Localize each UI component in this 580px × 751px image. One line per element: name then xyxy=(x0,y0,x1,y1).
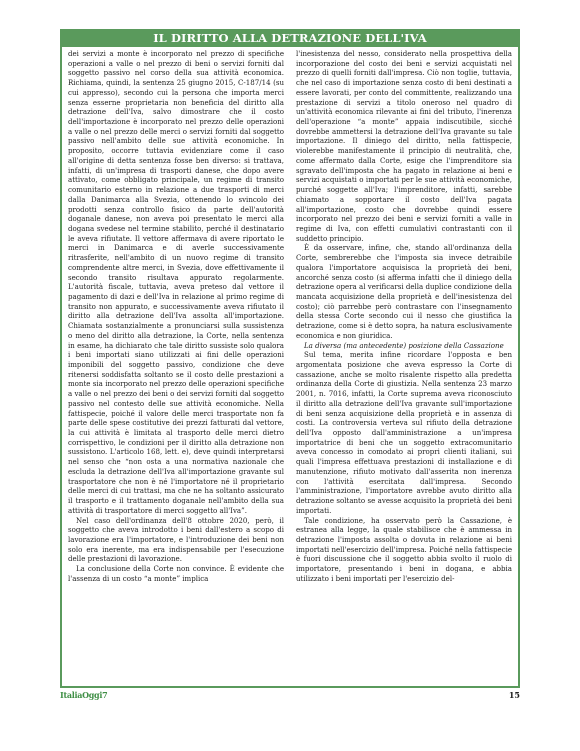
subheading: La diversa (ma antecedente) posizione de… xyxy=(296,341,512,351)
text-column-left: dei servizi a monte è incorporato nel pr… xyxy=(68,49,284,686)
paragraph: Nel caso dell'ordinanza dell'8 ottobre 2… xyxy=(68,516,284,565)
paragraph: Sul tema, merita infine ricordare l'oppo… xyxy=(296,350,512,515)
article-frame: dei servizi a monte è incorporato nel pr… xyxy=(60,47,520,688)
page-number: 15 xyxy=(509,690,520,700)
paragraph: l'inesistenza del nesso, considerato nel… xyxy=(296,49,512,243)
paragraph: La conclusione della Corte non convince.… xyxy=(68,564,284,583)
paragraph: dei servizi a monte è incorporato nel pr… xyxy=(68,49,284,516)
article-page: IL DIRITTO ALLA DETRAZIONE DELL'IVA dei … xyxy=(60,29,520,700)
section-title: IL DIRITTO ALLA DETRAZIONE DELL'IVA xyxy=(60,29,520,47)
text-column-right: l'inesistenza del nesso, considerato nel… xyxy=(296,49,512,686)
page-footer: ItaliaOggi7 15 xyxy=(60,690,520,700)
paragraph: È da osservare, infine, che, stando all'… xyxy=(296,243,512,340)
paragraph: Tale condizione, ha osservato però la Ca… xyxy=(296,516,512,584)
publication-logo: ItaliaOggi7 xyxy=(60,690,107,700)
